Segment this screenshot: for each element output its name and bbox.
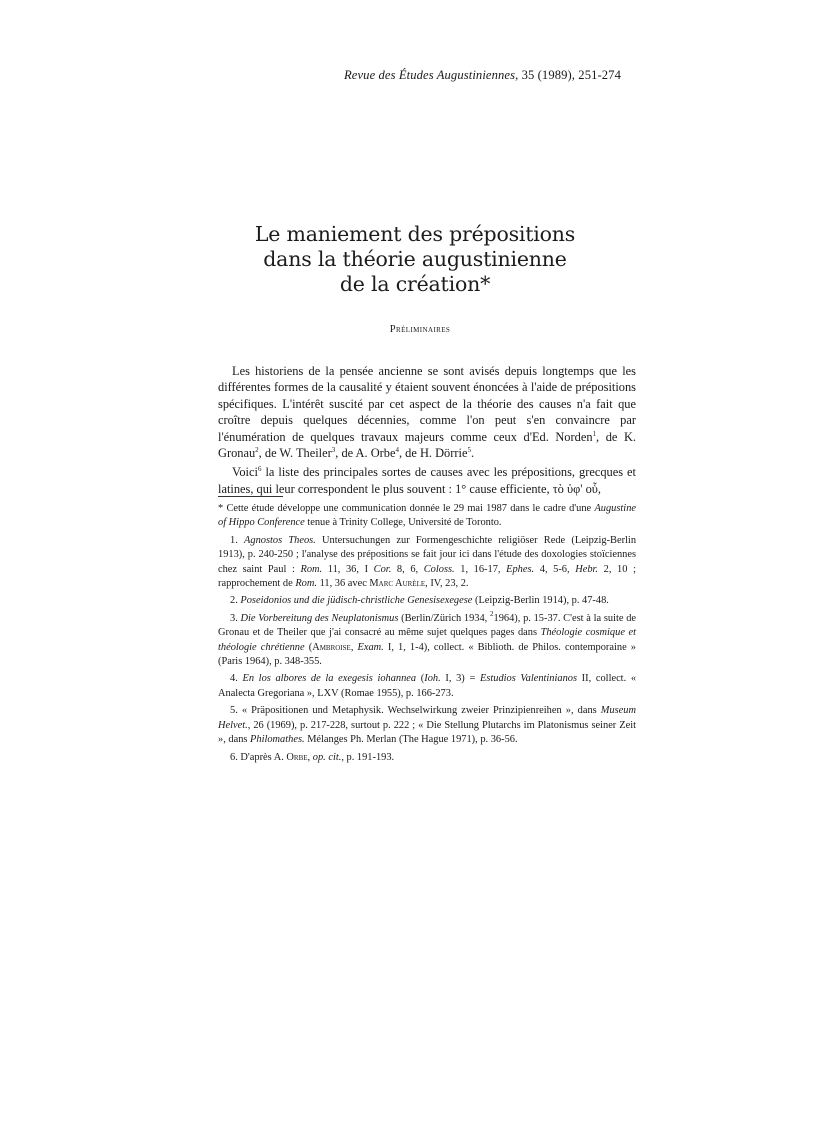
footnote-italic: Hebr.: [575, 564, 598, 575]
footnote-number: 1.: [230, 535, 244, 546]
paragraph-2: Voici6 la liste des principales sortes d…: [218, 464, 636, 497]
paragraph-1: Les historiens de la pensée ancienne se …: [218, 363, 636, 461]
title-line-2: dans la théorie augustinienne: [180, 247, 650, 272]
footnote-number: 6.: [230, 752, 240, 763]
footnote-star: * Cette étude développe une communicatio…: [218, 502, 636, 531]
footnote-text: Mélanges Ph. Merlan (The Hague 1971), p.…: [305, 734, 518, 745]
footnote-number: 2.: [230, 595, 240, 606]
paragraph-1-text: , de W. Theiler: [259, 446, 332, 460]
footnote-divider: [218, 496, 283, 497]
footnote-italic: op. cit.: [313, 752, 342, 763]
footnote-text: (Leipzig-Berlin 1914), p. 47-48.: [472, 595, 609, 606]
footnote-number: 5.: [230, 705, 242, 716]
paragraph-1-text: , de H. Dörrie: [399, 446, 467, 460]
title-line-1: Le maniement des prépositions: [180, 222, 650, 247]
footnote-text: 1, 16-17,: [455, 564, 506, 575]
footnote-text: 11, 36, I: [322, 564, 374, 575]
paragraph-2-text: la liste des principales sortes de cause…: [218, 465, 636, 495]
footnote-5: 5. « Präpositionen und Metaphysik. Wechs…: [218, 704, 636, 747]
running-head: Revue des Études Augustiniennes, 35 (198…: [344, 68, 644, 83]
title-line-3: de la création*: [180, 272, 650, 297]
journal-issue: , 35 (1989), 251-274: [515, 68, 621, 82]
footnote-italic: Estudios Valentinianos: [480, 673, 577, 684]
footnote-text: 4, 5-6,: [534, 564, 575, 575]
body-text: Les historiens de la pensée ancienne se …: [218, 363, 636, 500]
footnote-italic: Poseidonios und die jüdisch-christliche …: [240, 595, 472, 606]
footnote-text: I, 3) =: [441, 673, 480, 684]
footnote-number: 3.: [230, 613, 241, 624]
footnote-text: 8, 6,: [391, 564, 423, 575]
footnote-text: D'après A.: [240, 752, 286, 763]
paragraph-1-text: .: [471, 446, 474, 460]
footnote-italic: Cor.: [374, 564, 392, 575]
footnote-number: 4.: [230, 673, 242, 684]
footnote-text: tenue à Trinity College, Université de T…: [305, 517, 502, 528]
footnote-italic: Exam.: [358, 642, 384, 653]
footnote-text: , IV, 23, 2.: [425, 578, 468, 589]
footnote-italic: Ioh.: [424, 673, 440, 684]
footnote-italic: En los albores de la exegesis iohannea: [242, 673, 416, 684]
footnote-italic: Rom.: [300, 564, 322, 575]
journal-name: Revue des Études Augustiniennes: [344, 68, 515, 82]
footnote-4: 4. En los albores de la exegesis iohanne…: [218, 672, 636, 701]
article-title: Le maniement des prépositions dans la th…: [180, 222, 650, 297]
footnote-3: 3. Die Vorbereitung des Neuplatonismus (…: [218, 612, 636, 670]
footnote-text: ,: [351, 642, 358, 653]
footnote-text: , p. 191-193.: [341, 752, 394, 763]
footnote-italic: Rom.: [295, 578, 317, 589]
footnote-text: (Berlin/Zürich 1934,: [398, 613, 490, 624]
footnote-italic: Ephes.: [506, 564, 534, 575]
footnotes: * Cette étude développe une communicatio…: [218, 502, 636, 768]
footnote-italic: Philomathes.: [250, 734, 305, 745]
footnote-text: * Cette étude développe une communicatio…: [218, 503, 594, 514]
footnote-text: 11, 36 avec: [317, 578, 369, 589]
footnote-author: Ambroise: [312, 642, 351, 653]
footnote-italic: Agnostos Theos.: [244, 535, 316, 546]
footnote-text: « Präpositionen und Metaphysik. Wechselw…: [242, 705, 601, 716]
footnote-italic: Die Vorbereitung des Neuplatonismus: [241, 613, 399, 624]
paragraph-1-text: Les historiens de la pensée ancienne se …: [218, 364, 636, 444]
footnote-6: 6. D'après A. Orbe, op. cit., p. 191-193…: [218, 751, 636, 765]
section-heading: Préliminaires: [200, 324, 640, 335]
footnote-author: Orbe: [286, 752, 307, 763]
footnote-1: 1. Agnostos Theos. Untersuchungen zur Fo…: [218, 534, 636, 592]
paragraph-2-text: Voici: [232, 465, 258, 479]
footnote-author: Marc Aurèle: [369, 578, 425, 589]
footnote-2: 2. Poseidonios und die jüdisch-christlic…: [218, 594, 636, 608]
footnote-italic: Coloss.: [424, 564, 455, 575]
paragraph-1-text: , de A. Orbe: [335, 446, 395, 460]
